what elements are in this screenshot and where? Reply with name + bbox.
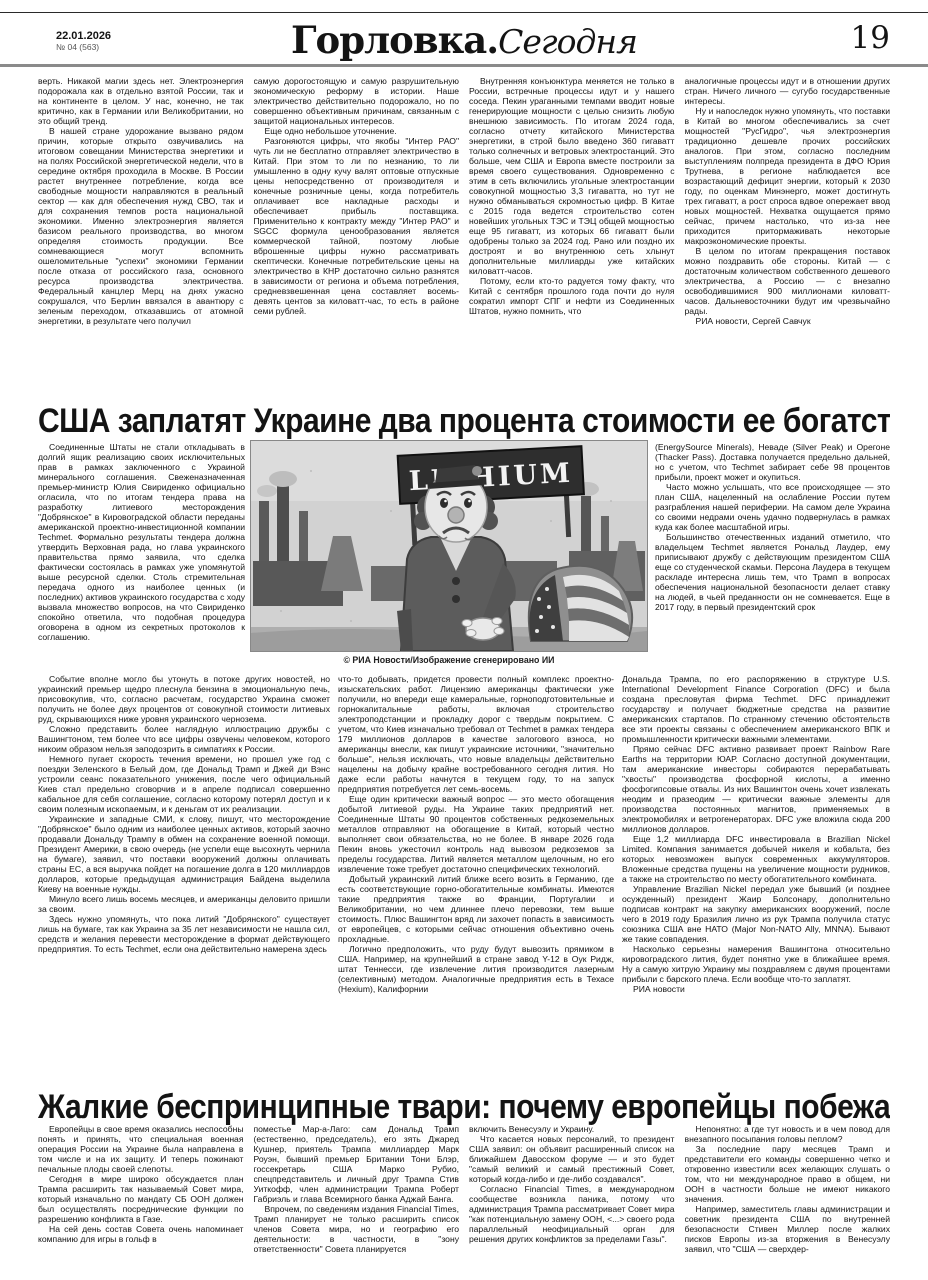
page-header: 22.01.2026 № 04 (563) Горловка.Сегодня 1…: [38, 18, 890, 62]
article-illustration: LITHIUM: [250, 440, 648, 652]
newspaper-page: 22.01.2026 № 04 (563) Горловка.Сегодня 1…: [0, 0, 928, 1280]
page-number: 19: [851, 20, 890, 56]
headline-lithium: США заплатят Украине два процента стоимо…: [38, 402, 890, 441]
masthead-script: Сегодня: [498, 22, 637, 61]
article-europe: Европейцы в свое время оказались неспосо…: [38, 1124, 890, 1280]
lithium-col-left-top: Соединенные Штаты не стали откладывать в…: [38, 442, 245, 670]
lithium-col-left-bottom: Событие вполне могло бы утонуть в потоке…: [38, 674, 330, 1086]
lithium-col-mid-bottom: что-то добывать, придется провести полны…: [338, 674, 614, 1086]
lithium-col-right-bottom: Дональда Трампа, по его распоряжению в с…: [622, 674, 890, 1086]
article-energy-col-4: аналогичные процессы идут и в отношении …: [685, 76, 891, 404]
article-lithium: Соединенные Штаты не стали откладывать в…: [38, 440, 890, 1086]
image-caption: © РИА Новости/Изображение сгенерировано …: [250, 655, 648, 665]
header-rule: [0, 64, 928, 67]
article-europe-col-2: поместье Мар-а-Лаго: сам Дональд Трамп (…: [254, 1124, 460, 1280]
article-europe-col-4: Непонятно: а где тут новость и в чем пов…: [685, 1124, 891, 1280]
article-energy-col-3: Внутренняя конъюнктура меняется не тольк…: [469, 76, 675, 404]
top-rule: [0, 12, 928, 13]
lithium-col-right-top: (EnergySource Minerals), Неваде (Silver …: [655, 442, 890, 672]
masthead: Горловка.Сегодня: [38, 18, 890, 62]
illustration-svg: LITHIUM: [251, 441, 647, 651]
article-europe-col-3: включить Венесуэлу и Украину.Что касаетс…: [469, 1124, 675, 1280]
headline-europe: Жалкие беспринципные твари: почему европ…: [38, 1088, 890, 1127]
article-energy-col-2: самую дорогостоящую и самую разрушительн…: [254, 76, 460, 404]
article-energy: верть. Никакой магии здесь нет. Электроэ…: [38, 76, 890, 404]
masthead-primary: Горловка.: [291, 18, 498, 62]
article-europe-col-1: Европейцы в свое время оказались неспосо…: [38, 1124, 244, 1280]
article-energy-col-1: верть. Никакой магии здесь нет. Электроэ…: [38, 76, 244, 404]
